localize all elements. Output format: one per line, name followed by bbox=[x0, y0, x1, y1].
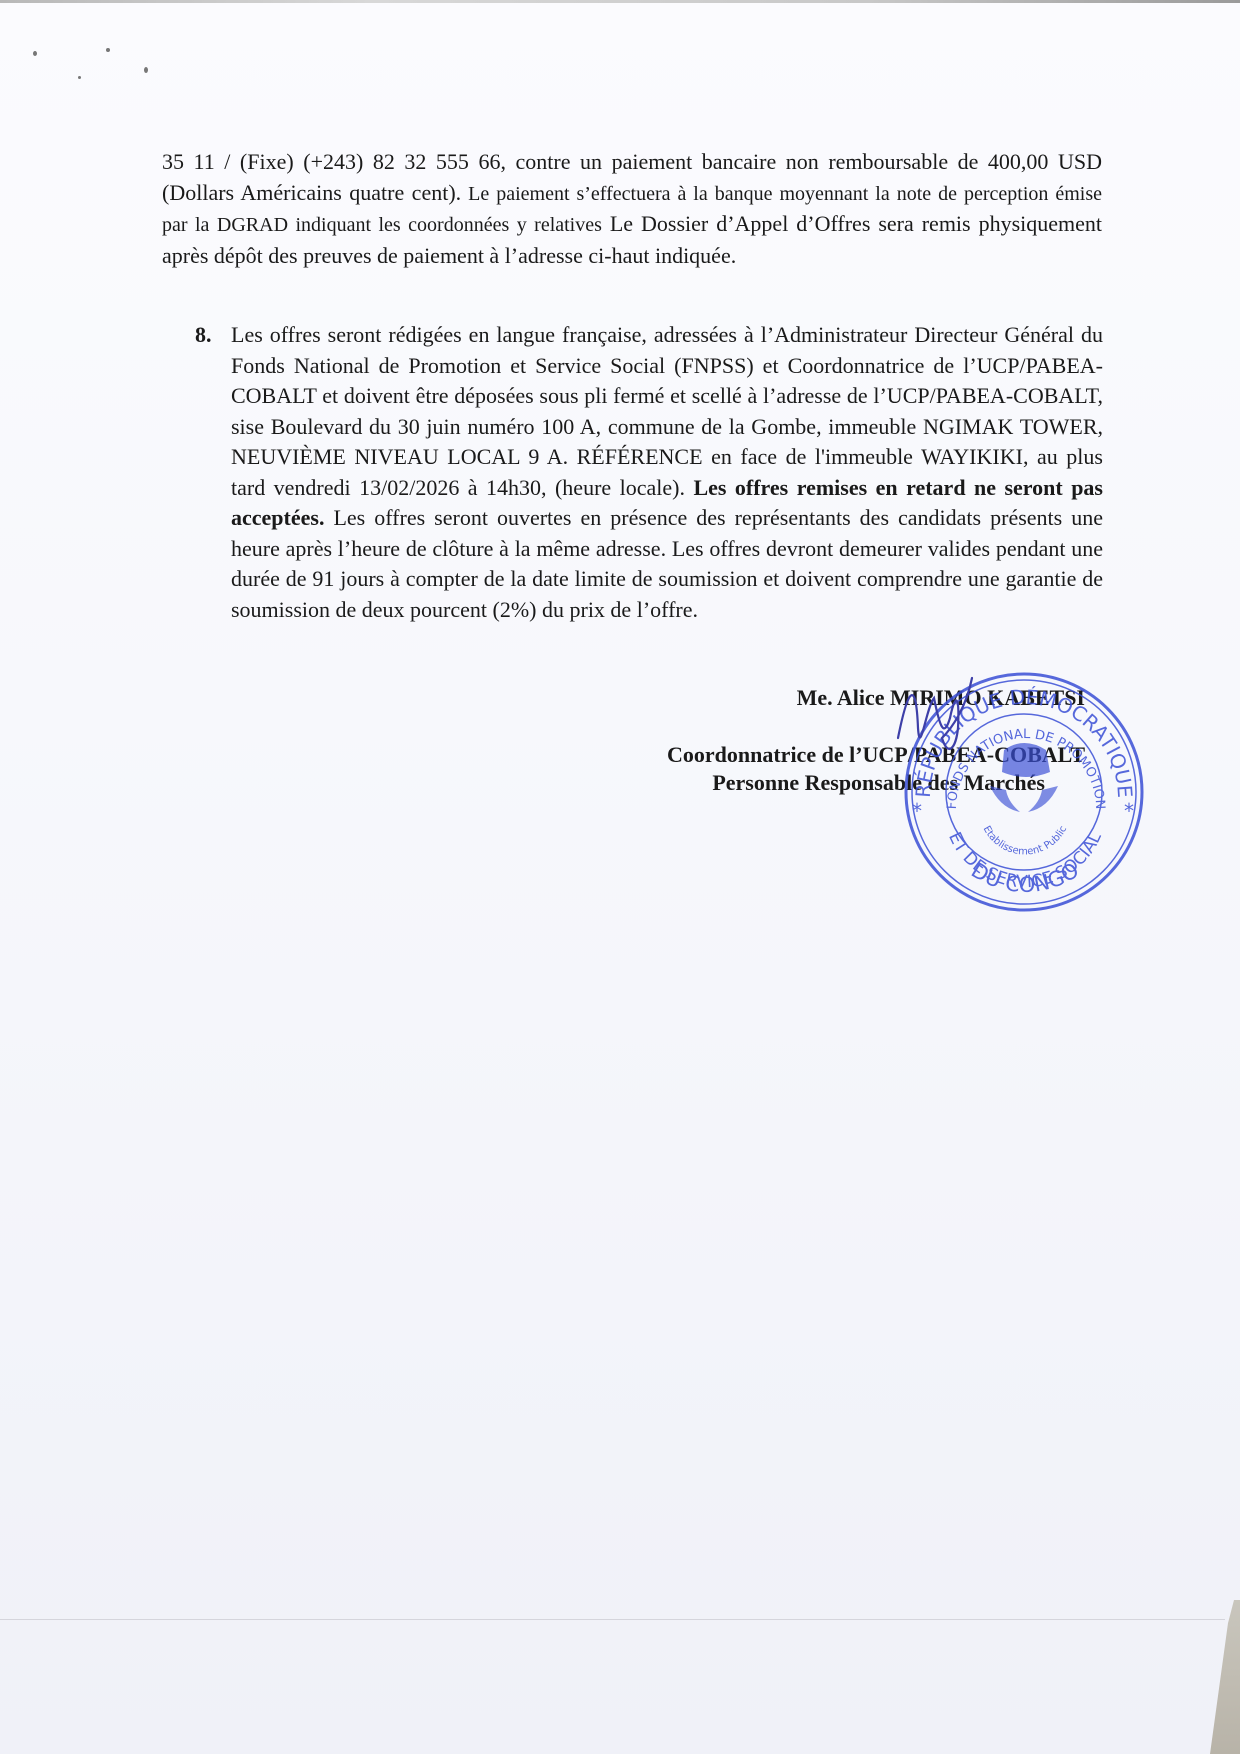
scan-specks bbox=[30, 45, 160, 85]
svg-text:FONDS NATIONAL DE PROMOTION: FONDS NATIONAL DE PROMOTION bbox=[945, 727, 1107, 810]
svg-text:*: * bbox=[1124, 799, 1134, 823]
payment-paragraph: 35 11 / (Fixe) (+243) 82 32 555 66, cont… bbox=[162, 147, 1102, 271]
signatory-name: Me. Alice MIRIMO KABETSI bbox=[600, 685, 1085, 711]
item-number: 8. bbox=[195, 320, 212, 351]
scan-top-edge bbox=[0, 0, 1240, 3]
item-8-paragraph: 8. Les offres seront rédigées en langue … bbox=[195, 320, 1103, 625]
signatory-role-2: Personne Responsable des Marchés bbox=[560, 770, 1045, 796]
item-8-body: Les offres seront rédigées en langue fra… bbox=[231, 320, 1103, 625]
item-8-text-2: Les offres seront ouvertes en présence d… bbox=[231, 505, 1103, 622]
item-8-text-1: Les offres seront rédigées en langue fra… bbox=[231, 322, 1103, 500]
paper-edge-shadow bbox=[1210, 1600, 1240, 1754]
svg-text:DU CONGO: DU CONGO bbox=[967, 858, 1083, 897]
scanned-document-page: 35 11 / (Fixe) (+243) 82 32 555 66, cont… bbox=[0, 0, 1240, 1754]
payment-line-1: 35 11 / (Fixe) (+243) 82 32 555 66, cont… bbox=[162, 149, 1048, 174]
signatory-role-1: Coordonnatrice de l’UCP/PABEA-COBALT bbox=[560, 742, 1085, 768]
paper-fold-line bbox=[0, 1619, 1225, 1620]
svg-text:Etablissement Public: Etablissement Public bbox=[981, 824, 1070, 857]
svg-text:ET DE SERVICE SOCIAL: ET DE SERVICE SOCIAL bbox=[944, 829, 1106, 893]
svg-text:*: * bbox=[912, 799, 922, 823]
